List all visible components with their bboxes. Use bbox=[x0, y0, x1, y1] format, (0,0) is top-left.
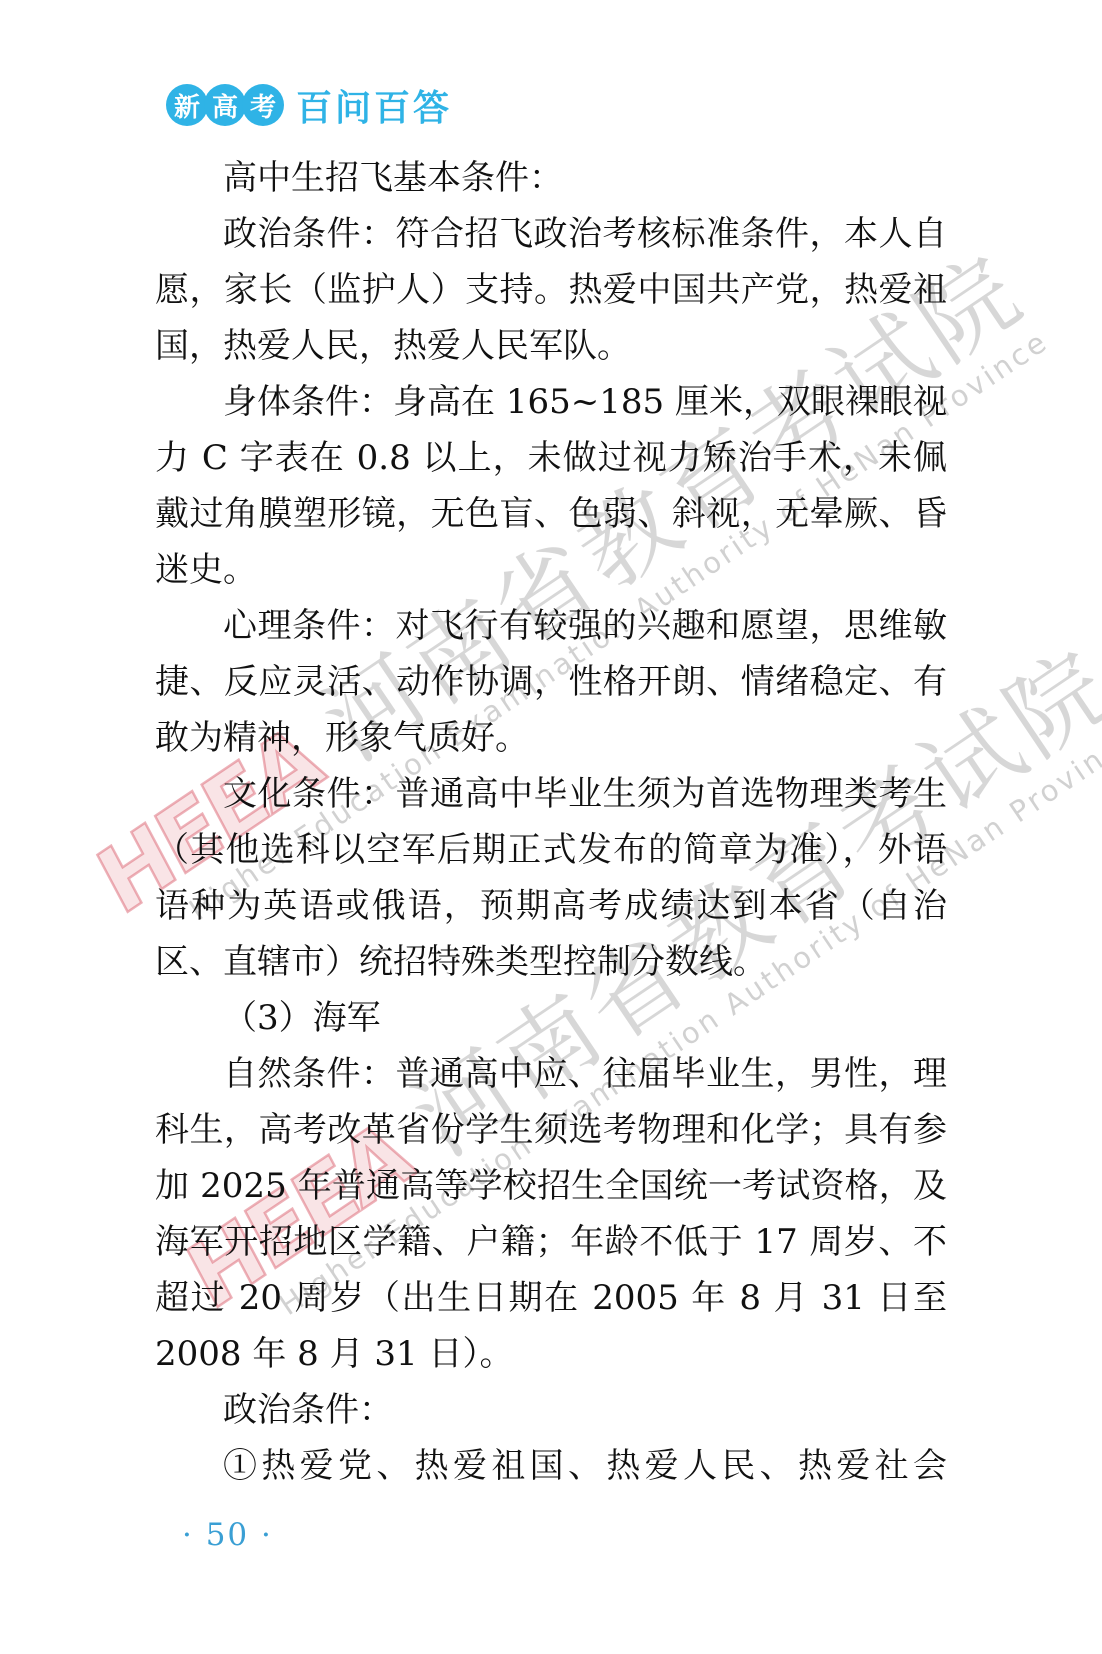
paragraph: 自然条件：普通高中应、往届毕业生，男性，理科生，高考改革省份学生须选考物理和化学… bbox=[155, 1046, 947, 1382]
paragraph: （3）海军 bbox=[155, 990, 947, 1046]
paragraph: 政治条件： bbox=[155, 1382, 947, 1438]
brand-badge-gao: 高 bbox=[204, 84, 246, 126]
paragraph: ①热爱党、热爱祖国、热爱人民、热爱社会 bbox=[155, 1438, 947, 1494]
page-number: · 50 · bbox=[182, 1517, 273, 1553]
page: 新 高 考 百问百答 HEEA 河南省教育考试院 Higher Educatio… bbox=[0, 0, 1102, 1654]
brand-badge-kao: 考 bbox=[242, 84, 284, 126]
paragraph: 心理条件：对飞行有较强的兴趣和愿望，思维敏捷、反应灵活、动作协调，性格开朗、情绪… bbox=[155, 598, 947, 766]
brand-title: 百问百答 bbox=[296, 80, 452, 131]
brand-logo: 新 高 考 百问百答 bbox=[166, 83, 452, 127]
paragraph: 高中生招飞基本条件： bbox=[155, 150, 947, 206]
paragraph: 文化条件：普通高中毕业生须为首选物理类考生（其他选科以空军后期正式发布的简章为准… bbox=[155, 766, 947, 990]
brand-badge-xin: 新 bbox=[166, 84, 208, 126]
paragraph: 身体条件：身高在 165~185 厘米，双眼裸眼视力 C 字表在 0.8 以上，… bbox=[155, 374, 947, 598]
body-text: 高中生招飞基本条件： 政治条件：符合招飞政治考核标准条件，本人自愿，家长（监护人… bbox=[155, 150, 947, 1494]
paragraph: 政治条件：符合招飞政治考核标准条件，本人自愿，家长（监护人）支持。热爱中国共产党… bbox=[155, 206, 947, 374]
